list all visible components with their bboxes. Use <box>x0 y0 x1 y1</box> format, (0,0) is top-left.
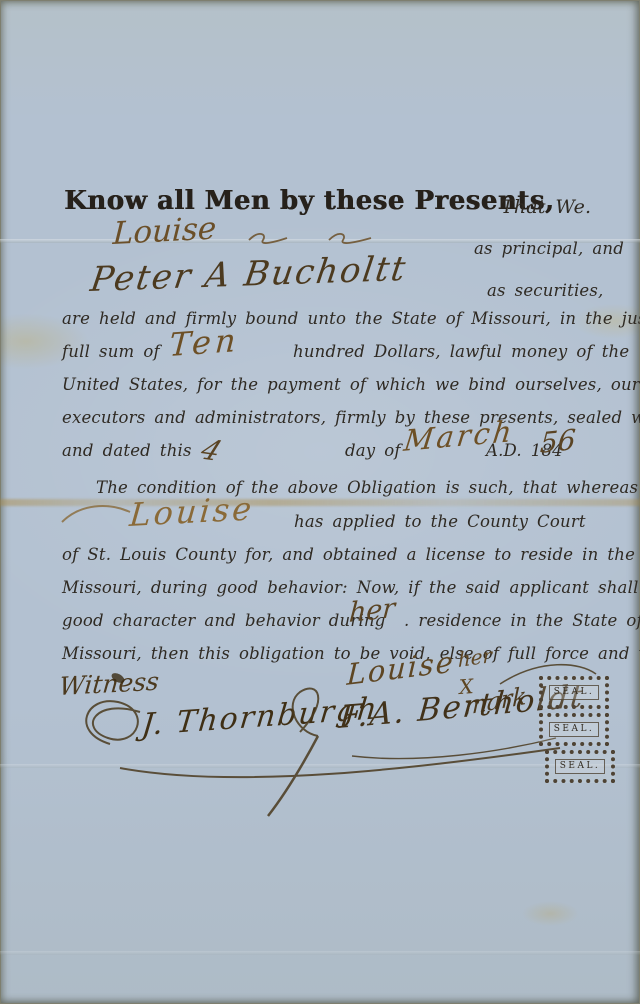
handwritten-applicant-name: Louise <box>128 489 256 534</box>
pen-squiggles <box>245 226 375 252</box>
condition-line-4: Missouri, during good behavior: Now, if … <box>62 578 640 597</box>
fold-crease <box>0 764 640 768</box>
condition-line-2: has applied to the County Court <box>294 512 586 531</box>
handwritten-security-name: Peter A Bucholtt <box>88 249 410 300</box>
obligation-line-2-pre: full sum of <box>62 342 160 361</box>
security-label: as securities, <box>487 281 604 300</box>
handwritten-principal-name: Louise <box>112 210 217 252</box>
obligation-line-1: are held and firmly bound unto the State… <box>62 309 640 328</box>
handwritten-sum: Ten <box>168 321 241 364</box>
her-label: her <box>458 643 492 672</box>
handwritten-pronoun: her <box>348 593 396 629</box>
fold-crease <box>0 951 640 955</box>
witness-label: Witness <box>58 667 160 701</box>
condition-line-5-pre: good character and behavior during <box>62 611 386 630</box>
obligation-line-3: United States, for the payment of which … <box>62 375 640 394</box>
obligation-line-2-post: hundred Dollars, lawful money of the <box>293 342 629 361</box>
stain-band <box>0 499 640 506</box>
handwritten-year: 56 <box>539 423 577 460</box>
seal-stamp: SEAL. <box>545 750 615 783</box>
heading-blackletter: Know all Men by these Presents, <box>64 186 554 216</box>
condition-line-5-post: . residence in the State of <box>404 611 640 630</box>
document-page: Know all Men by these Presents, That We.… <box>0 0 640 1004</box>
heading-that-we: That We. <box>501 196 591 218</box>
seal-stamp: SEAL. <box>539 676 609 709</box>
principal-label: as principal, and <box>474 239 624 258</box>
obligation-line-5-mid: day of <box>345 441 401 460</box>
seal-stamp: SEAL. <box>539 713 609 746</box>
obligation-line-4: executors and administrators, firmly by … <box>62 408 640 427</box>
obligation-line-5-pre: and dated this <box>62 441 192 460</box>
handwritten-day: 4 <box>196 433 226 467</box>
condition-line-3: of St. Louis County for, and obtained a … <box>62 545 640 564</box>
